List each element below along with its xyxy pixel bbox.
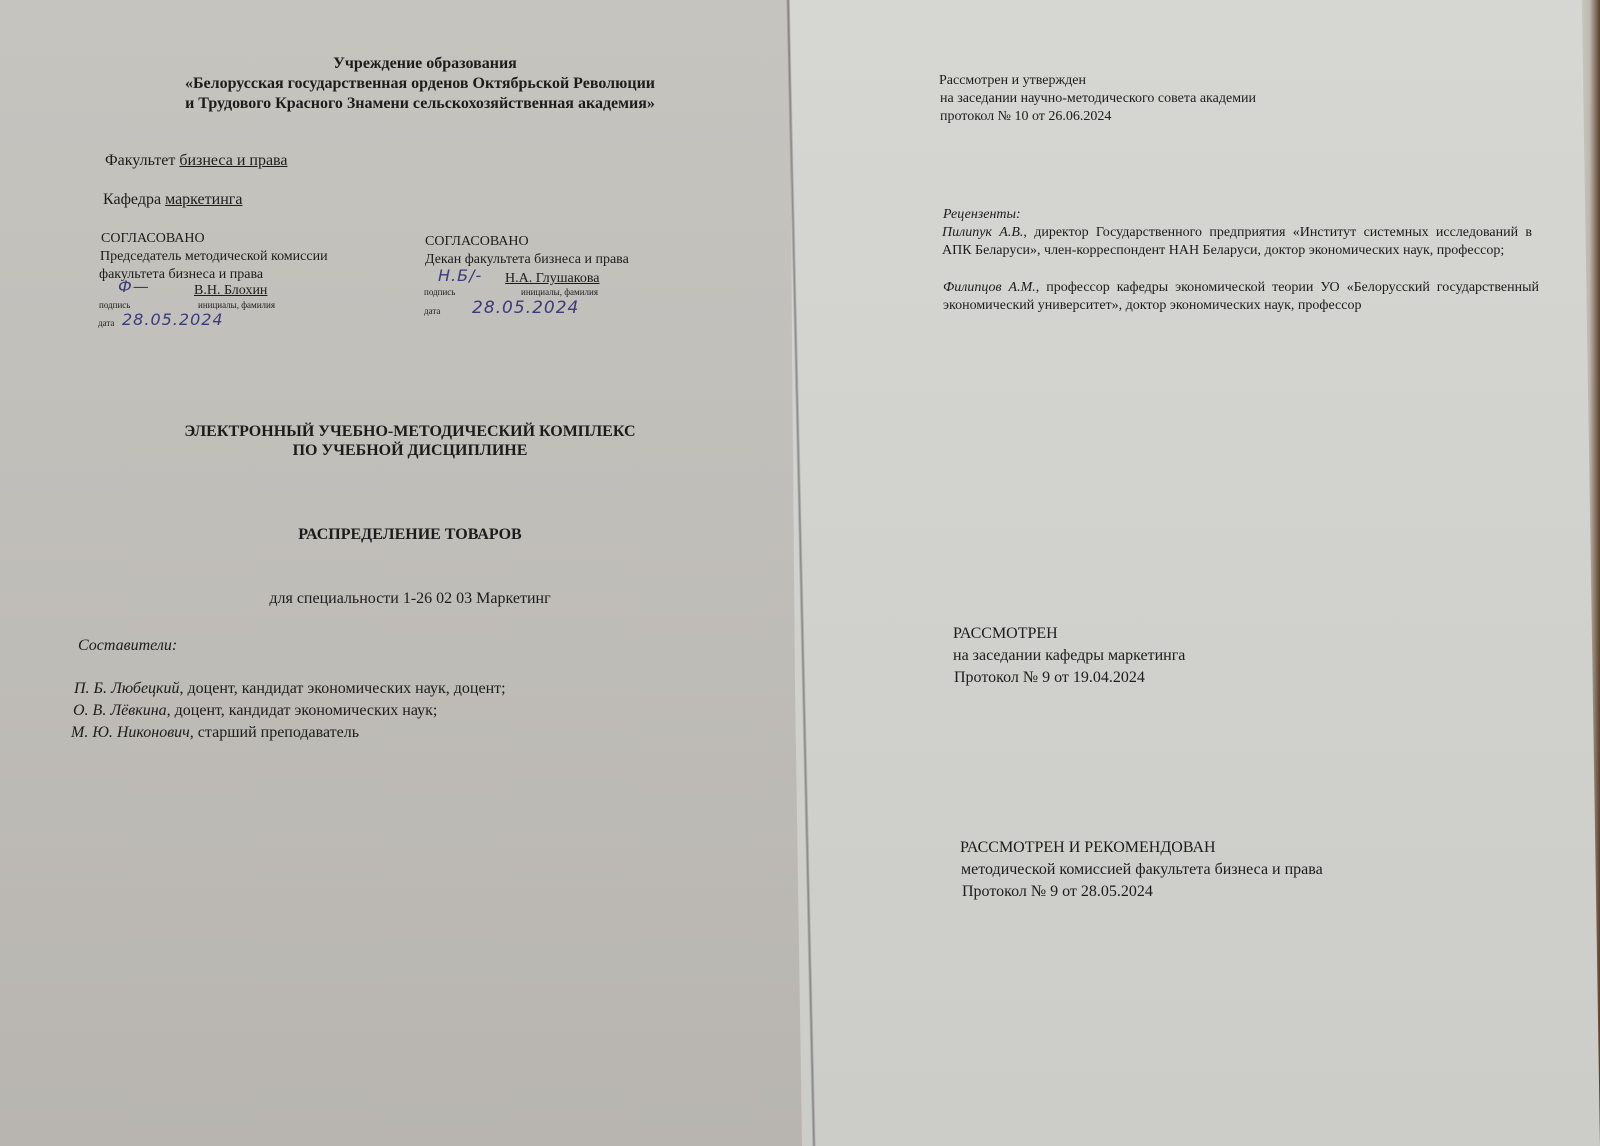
institution-line-2: «Белорусская государственная орденов Окт… [130,75,710,93]
compiler-details: , старший преподаватель [190,724,359,741]
compiler-item: О. В. Лёвкина, доцент, кандидат экономич… [73,702,437,720]
department-line: Кафедра маркетинга [103,191,242,209]
signature-caption: подпись [99,300,130,310]
approver-name: В.Н. Блохин [194,283,267,299]
signature-caption: подпись [424,287,455,297]
department-review-heading: РАССМОТРЕН [953,625,1058,643]
faculty-label: Факультет [105,152,175,169]
institution-line-3: и Трудового Красного Знамени сельскохозя… [130,95,710,113]
approval-heading: СОГЛАСОВАНО [425,234,529,250]
approved-line-2: на заседании научно-методического совета… [940,91,1256,107]
date-caption: дата [424,306,440,316]
approver-name: Н.А. Глушакова [505,271,599,287]
handwritten-date: 28.05.2024 [122,310,224,329]
reviewer-name: Пилипук А.В. [942,225,1023,240]
faculty-line: Факультет бизнеса и права [105,152,288,170]
discipline-title: РАСПРЕДЕЛЕНИЕ ТОВАРОВ [110,526,710,544]
compiler-item: П. Б. Любецкий, доцент, кандидат экономи… [74,680,506,698]
compiler-name: П. Б. Любецкий [74,680,180,697]
recommended-heading: РАССМОТРЕН И РЕКОМЕНДОВАН [960,839,1216,857]
compiler-name: М. Ю. Никонович [71,724,190,741]
department-review-line-2: на заседании кафедры маркетинга [953,647,1185,665]
reviewer-details: , директор Государственного предприятия … [942,225,1532,258]
document-title-line-1: ЭЛЕКТРОННЫЙ УЧЕБНО-МЕТОДИЧЕСКИЙ КОМПЛЕКС [110,423,710,441]
compiler-item: М. Ю. Никонович, старший преподаватель [71,724,359,742]
recommended-protocol: Протокол № 9 от 28.05.2024 [962,883,1153,901]
reviewer-item: Филипцов А.М., профессор кафедры экономи… [943,279,1539,315]
approved-line-1: Рассмотрен и утвержден [939,73,1086,89]
department-value: маркетинга [165,191,242,208]
recommended-line-2: методической комиссией факультета бизнес… [961,861,1323,879]
name-caption: инициалы, фамилия [198,300,275,310]
institution-line-1: Учреждение образования [150,55,700,73]
approval-heading: СОГЛАСОВАНО [101,231,205,247]
date-caption: дата [98,318,114,328]
right-page: Рассмотрен и утвержден на заседании науч… [790,0,1600,1146]
faculty-value: бизнеса и права [179,152,287,169]
document-title-line-2: ПО УЧЕБНОЙ ДИСЦИПЛИНЕ [110,442,710,460]
name-caption: инициалы, фамилия [521,287,598,297]
signature-mark: Н.Б/- [438,266,482,285]
department-label: Кафедра [103,191,161,208]
approval-role: Председатель методической комиссии [100,249,328,265]
signature-mark: Ф— [118,277,150,296]
approved-line-3: протокол № 10 от 26.06.2024 [940,109,1111,125]
specialty-line: для специальности 1-26 02 03 Маркетинг [110,590,710,608]
compiler-details: , доцент, кандидат экономических наук, д… [180,680,506,697]
handwritten-date: 28.05.2024 [472,298,579,318]
compiler-name: О. В. Лёвкина [73,702,167,719]
reviewer-name: Филипцов А.М. [943,280,1036,295]
compiler-details: , доцент, кандидат экономических наук; [167,702,438,719]
left-page: Учреждение образования «Белорусская госу… [0,0,800,1146]
compilers-heading: Составители: [78,637,177,655]
department-review-protocol: Протокол № 9 от 19.04.2024 [954,669,1145,687]
reviewer-item: Пилипук А.В., директор Государственного … [942,224,1532,260]
reviewers-heading: Рецензенты: [943,207,1021,223]
